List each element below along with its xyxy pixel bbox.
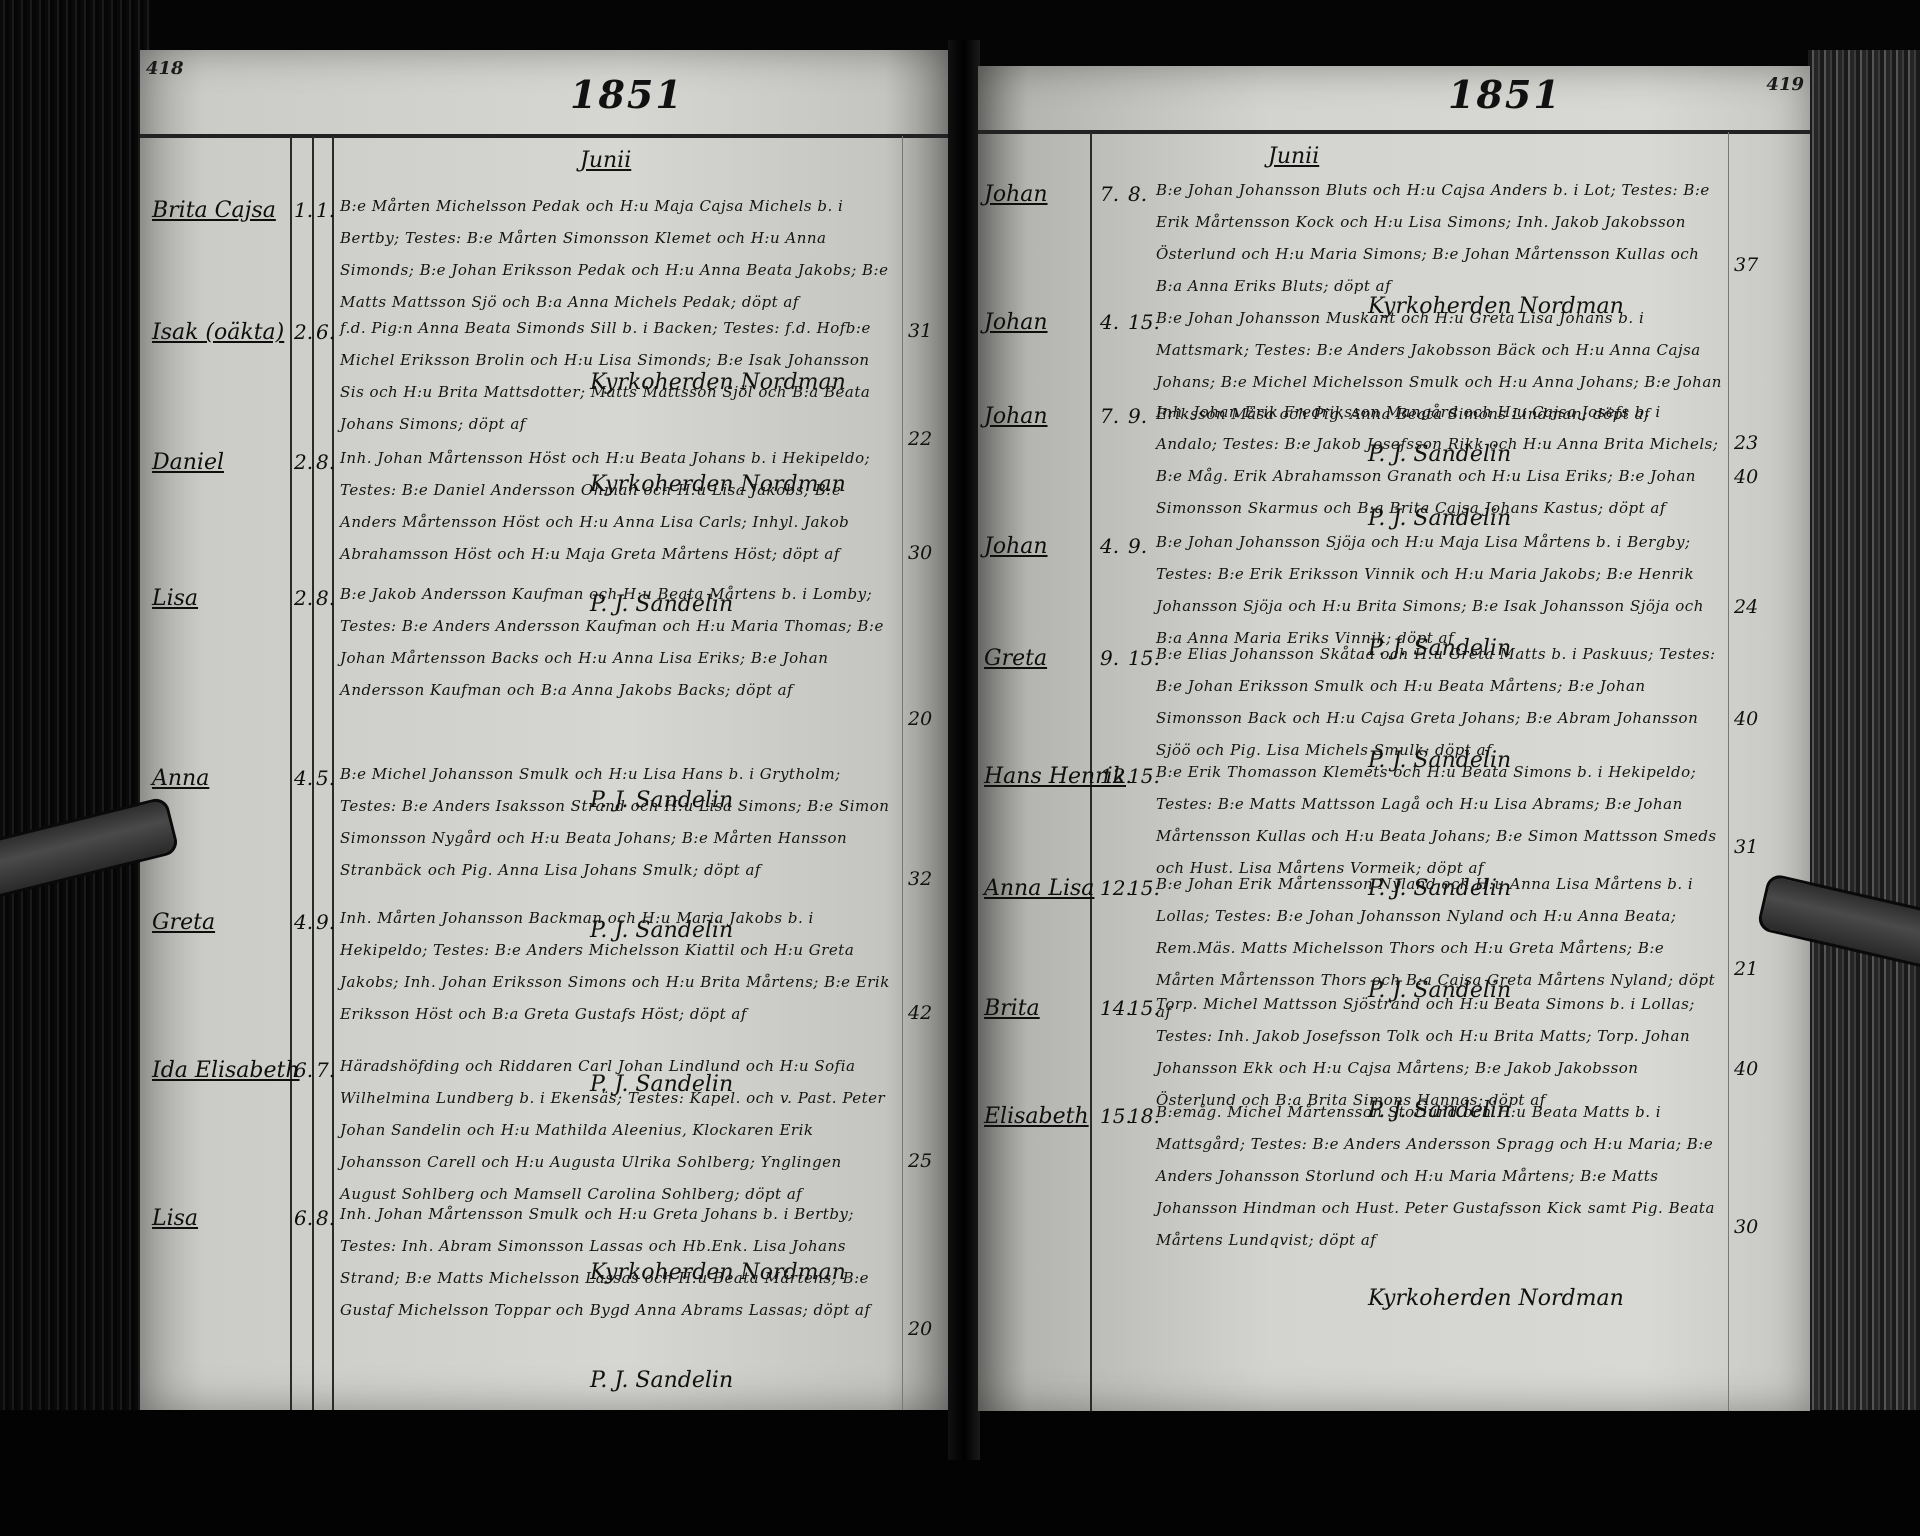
birth-day: 6. [294, 1058, 313, 1082]
child-name: Lisa [152, 586, 198, 611]
birth-day: 9. [1100, 646, 1119, 670]
entry-text: B:e Elias Johansson Skåtaa och H:u Greta… [1156, 638, 1722, 766]
left-page: 418 1851 Junii Brita Cajsa1.1.B:e Mårten… [140, 50, 950, 1410]
header-rule [978, 130, 1810, 134]
entry-text: B:e Johan Johansson Bluts och H:u Cajsa … [1156, 174, 1722, 302]
mother-age: 31 [1734, 836, 1758, 858]
birth-day: 2. [294, 586, 313, 610]
baptism-day: 9. [1128, 404, 1147, 428]
mother-age: 42 [908, 1002, 932, 1024]
year-heading-right: 1851 [1448, 72, 1562, 117]
child-name: Greta [984, 646, 1047, 671]
column-divider-name [290, 136, 292, 1410]
baptism-day: 8. [1128, 182, 1147, 206]
mother-age: 37 [1734, 254, 1758, 276]
child-name: Isak (oäkta) [152, 320, 284, 345]
book-page-edges-right [1808, 50, 1920, 1430]
baptism-day: 1. [316, 198, 335, 222]
mother-age: 20 [908, 1318, 932, 1340]
birth-day: 7. [1100, 182, 1119, 206]
child-name: Greta [152, 910, 215, 935]
column-divider-age [902, 136, 903, 1410]
mother-age: 22 [908, 428, 932, 450]
mother-age: 23 [1734, 432, 1758, 454]
baptism-day: 8. [316, 1206, 335, 1230]
baptism-day: 9. [1128, 534, 1147, 558]
year-heading-left: 1851 [570, 72, 684, 117]
child-name: Lisa [152, 1206, 198, 1231]
child-name: Elisabeth [984, 1104, 1089, 1129]
book-gutter [948, 40, 980, 1460]
mother-age: 20 [908, 708, 932, 730]
mother-age: 40 [1734, 708, 1758, 730]
child-name: Johan [984, 404, 1048, 429]
entry-text: B:e Johan Johansson Sjöja och H:u Maja L… [1156, 526, 1722, 654]
page-number-left: 418 [146, 58, 184, 79]
entry-text: B:emåg. Michel Mårtensson Storlund och H… [1156, 1096, 1722, 1256]
header-rule [140, 134, 950, 138]
birth-day: 2. [294, 320, 313, 344]
book-binding-left [0, 0, 150, 1536]
mother-age: 30 [908, 542, 932, 564]
child-name: Johan [984, 310, 1048, 335]
entry-text: f.d. Pig:n Anna Beata Simonds Sill b. i … [340, 312, 896, 440]
entry-text: B:e Mårten Michelsson Pedak och H:u Maja… [340, 190, 896, 318]
officiant-signature: P. J. Sandelin [590, 1368, 733, 1393]
month-heading-left: Junii [580, 148, 631, 173]
birth-day: 6. [294, 1206, 313, 1230]
baptism-day: 9. [316, 910, 335, 934]
child-name: Brita Cajsa [152, 198, 276, 223]
mother-age: 30 [1734, 1216, 1758, 1238]
entry-text: B:e Erik Thomasson Klemets och H:u Beata… [1156, 756, 1722, 884]
baptism-day: 8. [316, 586, 335, 610]
child-name: Ida Elisabeth [152, 1058, 300, 1083]
right-page: 419 1851 Junii Johan7.8.B:e Johan Johans… [978, 66, 1810, 1411]
entry-text: Inh. Johan Erik Fredriksson Mangård och … [1156, 396, 1722, 524]
entry-text: Inh. Johan Mårtensson Höst och H:u Beata… [340, 442, 896, 570]
child-name: Johan [984, 534, 1048, 559]
mother-age: 21 [1734, 958, 1758, 980]
child-name: Brita [984, 996, 1040, 1021]
officiant-signature: Kyrkoherden Nordman [1368, 1286, 1624, 1311]
child-name: Anna Lisa [984, 876, 1094, 901]
birth-day: 4. [294, 910, 313, 934]
entry-text: Häradshöfding och Riddaren Carl Johan Li… [340, 1050, 896, 1210]
mother-age: 40 [1734, 466, 1758, 488]
birth-day: 4. [1100, 534, 1119, 558]
birth-day: 2. [294, 450, 313, 474]
mother-age: 40 [1734, 1058, 1758, 1080]
column-divider-age [1728, 132, 1729, 1411]
mother-age: 25 [908, 1150, 932, 1172]
mother-age: 32 [908, 868, 932, 890]
month-heading-right: Junii [1268, 144, 1319, 169]
birth-day: 4. [1100, 310, 1119, 334]
child-name: Daniel [152, 450, 224, 475]
mother-age: 24 [1734, 596, 1758, 618]
baptism-day: 7. [316, 1058, 335, 1082]
entry-text: B:e Jakob Andersson Kaufman och H:u Beat… [340, 578, 896, 706]
page-number-right: 419 [1766, 74, 1804, 95]
mother-age: 31 [908, 320, 932, 342]
birth-day: 7. [1100, 404, 1119, 428]
child-name: Johan [984, 182, 1048, 207]
entry-text: Inh. Johan Mårtensson Smulk och H:u Gret… [340, 1198, 896, 1326]
entry-text: B:e Michel Johansson Smulk och H:u Lisa … [340, 758, 896, 886]
baptism-day: 8. [316, 450, 335, 474]
birth-day: 1. [294, 198, 313, 222]
baptism-day: 6. [316, 320, 335, 344]
birth-day: 4. [294, 766, 313, 790]
baptism-day: 5. [316, 766, 335, 790]
child-name: Anna [152, 766, 209, 791]
entry-text: Inh. Mårten Johansson Backman och H:u Ma… [340, 902, 896, 1030]
